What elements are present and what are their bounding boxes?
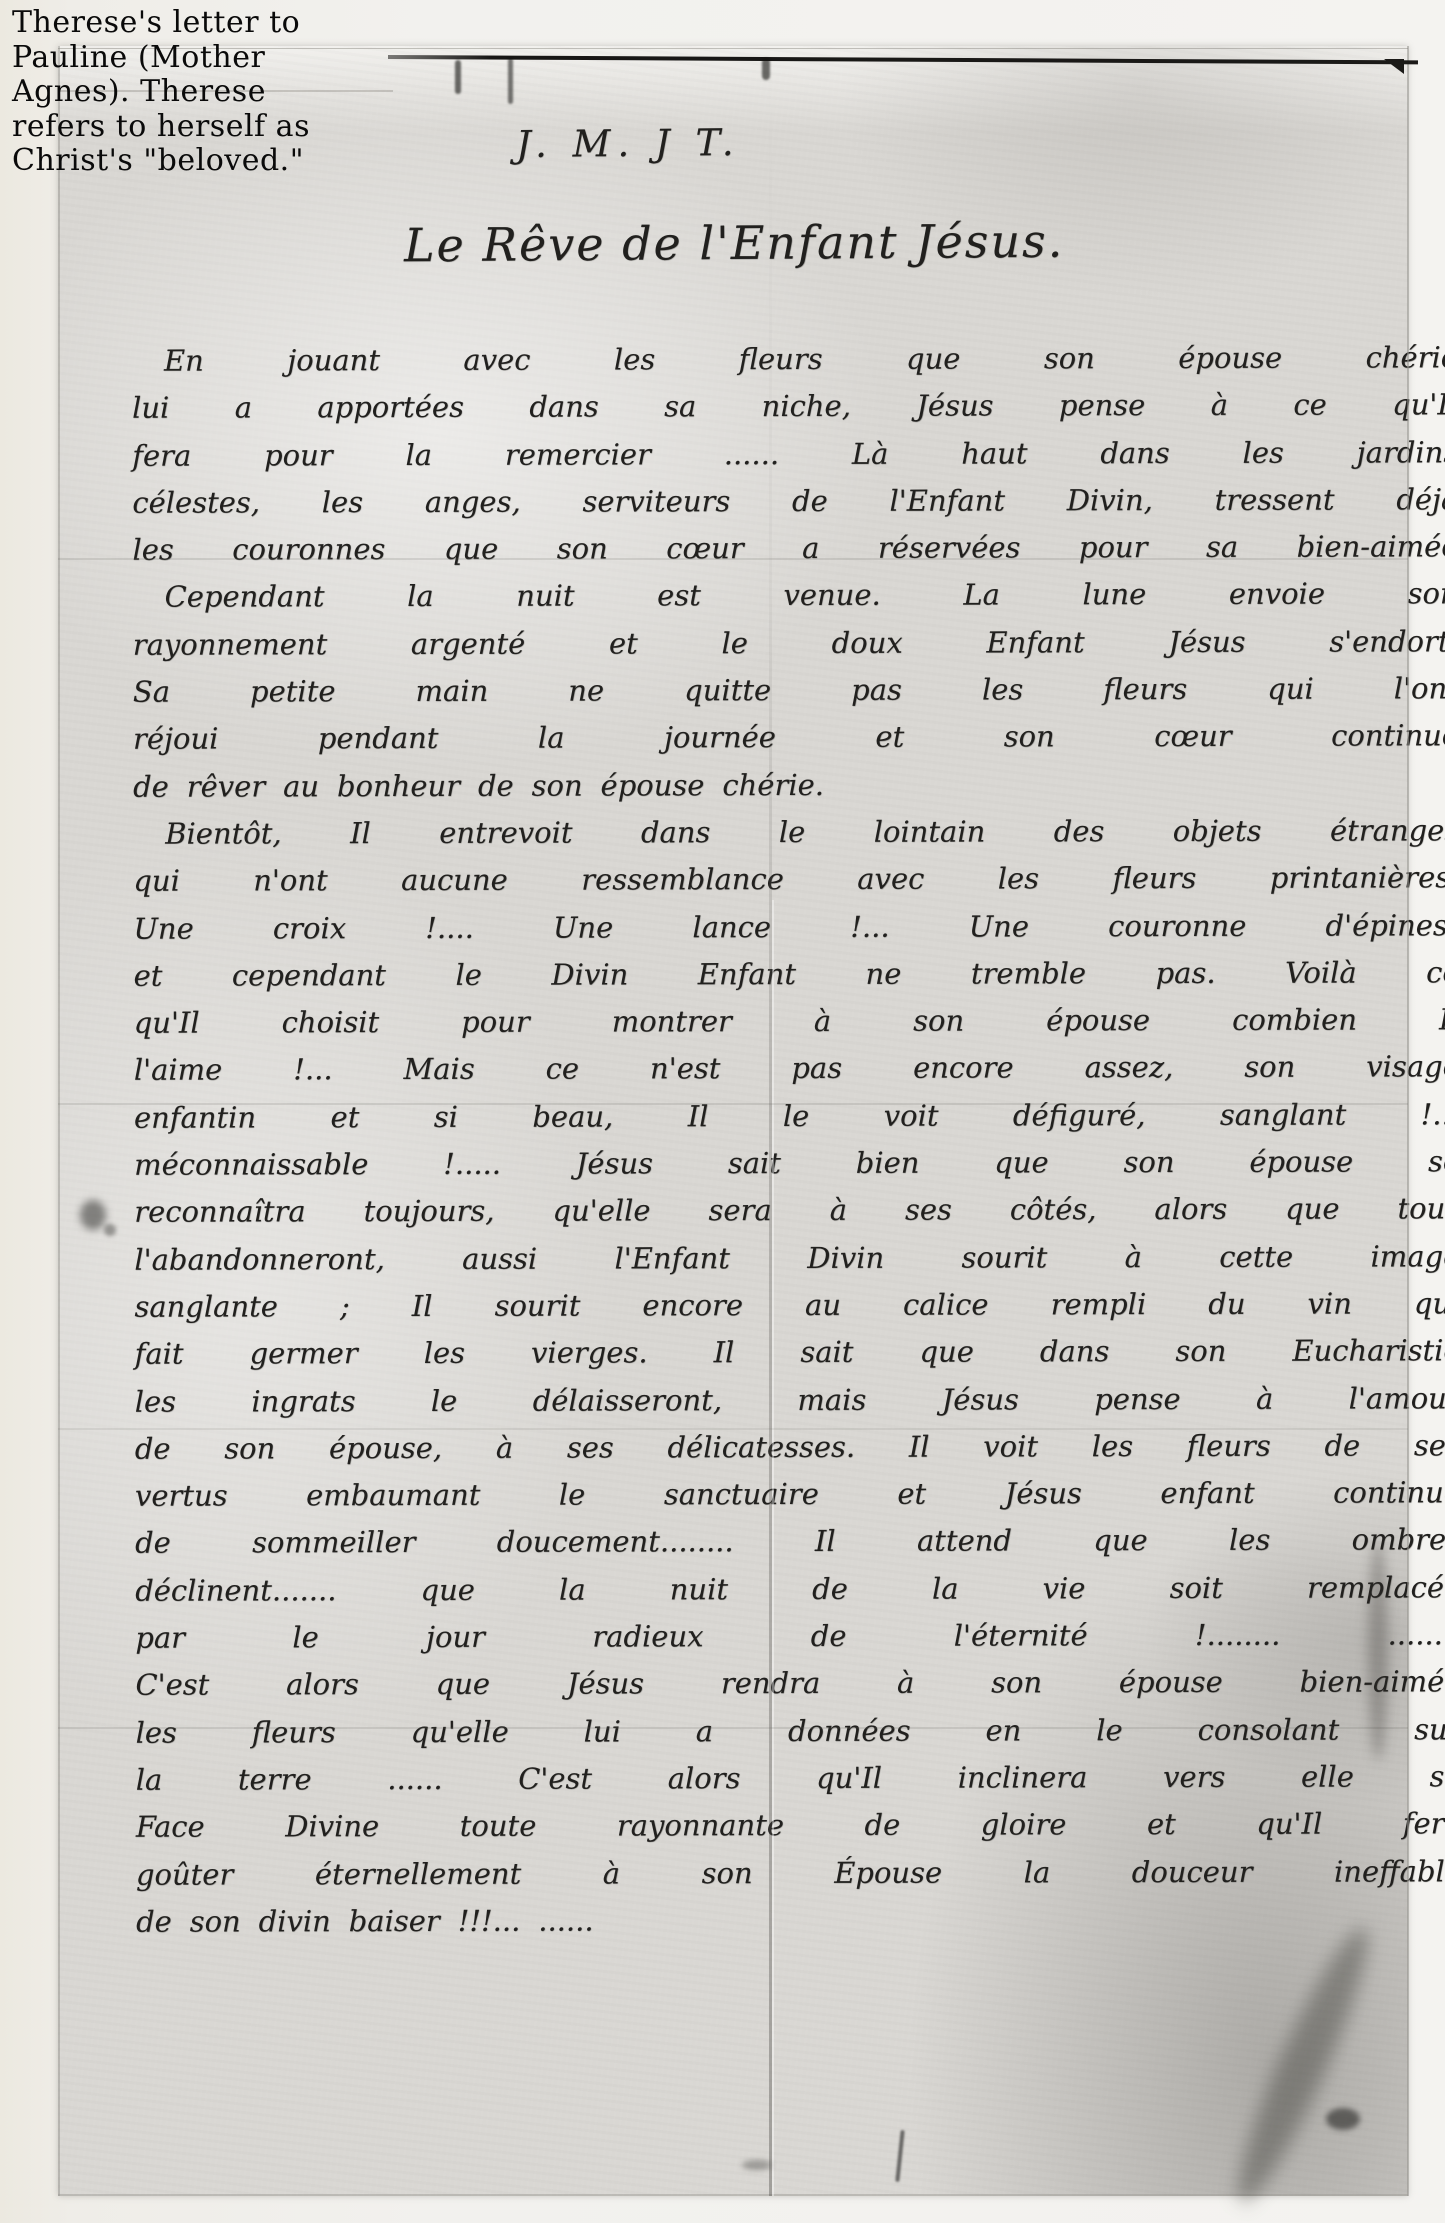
paper-right-edge	[1407, 46, 1409, 2196]
manuscript-line: Bientôt, Il entrevoit dans le lointain d…	[133, 807, 1445, 858]
manuscript-line: qu'Il choisit pour montrer à son épouse …	[134, 996, 1445, 1047]
caption-line: Christ's "beloved."	[12, 144, 357, 179]
manuscript-line: l'aime !... Mais ce n'est pas encore ass…	[134, 1044, 1445, 1095]
manuscript-line: fera pour la remercier ...... Là haut da…	[132, 429, 1445, 480]
manuscript-line: Sa petite main ne quitte pas les fleurs …	[133, 665, 1445, 716]
ink-smudge	[104, 1224, 116, 1236]
ink-smudge	[455, 60, 461, 94]
manuscript-line: de son divin baiser !!!... ......	[136, 1895, 1445, 1946]
manuscript-line: par le jour radieux de l'éternité !.....…	[135, 1611, 1445, 1662]
ink-smudge	[762, 58, 770, 80]
manuscript-line: rayonnement argenté et le doux Enfant Jé…	[133, 618, 1445, 669]
fold-line-vertical-highlight	[772, 900, 774, 2196]
fold-line-horizontal	[58, 1103, 1408, 1105]
manuscript-line: les ingrats le délaisseront, mais Jésus …	[135, 1375, 1445, 1426]
fold-line-horizontal	[58, 1428, 1408, 1430]
ink-smudge	[508, 58, 513, 104]
manuscript-line: Une croix !.... Une lance !... Une couro…	[133, 902, 1445, 953]
manuscript-line: fait germer les vierges. Il sait que dan…	[134, 1327, 1445, 1378]
letter-monogram: J. M. J T.	[516, 121, 741, 166]
manuscript-lines: En jouant avec les fleurs que son épouse…	[132, 334, 1445, 1946]
paper-corner-notch	[1384, 59, 1404, 74]
manuscript-line: méconnaissable !..... Jésus sait bien qu…	[134, 1138, 1445, 1189]
fold-line-horizontal	[58, 1727, 1408, 1729]
letter-paper: J. M. J T. Le Rêve de l'Enfant Jésus. En…	[58, 46, 1408, 2196]
manuscript-line: réjoui pendant la journée et son cœur co…	[133, 713, 1445, 764]
manuscript-line: Cependant la nuit est venue. La lune env…	[133, 571, 1445, 622]
manuscript-line: goûter éternellement à son Épouse la dou…	[136, 1848, 1445, 1899]
paper-bottom-edge	[58, 2194, 1408, 2196]
manuscript-line: déclinent....... que la nuit de la vie s…	[135, 1564, 1445, 1615]
ink-smudge	[80, 1200, 106, 1230]
photo-of-letter: J. M. J T. Le Rêve de l'Enfant Jésus. En…	[0, 0, 1445, 2223]
manuscript-line: les fleurs qu'elle lui a données en le c…	[135, 1706, 1445, 1757]
manuscript-line: l'abandonneront, aussi l'Enfant Divin so…	[134, 1233, 1445, 1284]
manuscript-line: la terre ...... C'est alors qu'Il inclin…	[136, 1753, 1445, 1804]
letter-title: Le Rêve de l'Enfant Jésus.	[404, 214, 1065, 273]
manuscript-line: les couronnes que son cœur a réservées p…	[132, 523, 1445, 574]
caption-line: Therese's letter to	[12, 6, 357, 41]
manuscript-line: enfantin et si beau, Il le voit défiguré…	[134, 1091, 1445, 1142]
caption-line: Agnes). Therese	[12, 75, 357, 110]
manuscript-line: vertus embaumant le sanctuaire et Jésus …	[135, 1469, 1445, 1520]
manuscript-line: de rêver au bonheur de son épouse chérie…	[133, 760, 1445, 811]
caption-line: refers to herself as	[12, 110, 357, 145]
ink-smudge	[742, 2160, 772, 2170]
ink-smudge	[1326, 2108, 1360, 2130]
manuscript-line: et cependant le Divin Enfant ne tremble …	[134, 949, 1445, 1000]
ink-smudge	[1368, 1540, 1388, 1760]
caption-overlay: Therese's letter to Pauline (Mother Agne…	[12, 6, 357, 179]
manuscript-line: qui n'ont aucune ressemblance avec les f…	[133, 855, 1445, 906]
manuscript-line: de sommeiller doucement........ Il atten…	[135, 1517, 1445, 1568]
manuscript-line: Face Divine toute rayonnante de gloire e…	[136, 1800, 1445, 1851]
manuscript-line: sanglante ; Il sourit encore au calice r…	[134, 1280, 1445, 1331]
fold-line-horizontal	[58, 558, 1408, 560]
manuscript-line: C'est alors que Jésus rendra à son épous…	[135, 1659, 1445, 1710]
manuscript-line: reconnaîtra toujours, qu'elle sera à ses…	[134, 1186, 1445, 1237]
paper-left-edge	[58, 46, 60, 2196]
manuscript-line: En jouant avec les fleurs que son épouse…	[132, 334, 1445, 385]
manuscript-line: lui a apportées dans sa niche, Jésus pen…	[132, 382, 1445, 433]
caption-line: Pauline (Mother	[12, 41, 357, 76]
manuscript-line: célestes, les anges, serviteurs de l'Enf…	[132, 476, 1445, 527]
